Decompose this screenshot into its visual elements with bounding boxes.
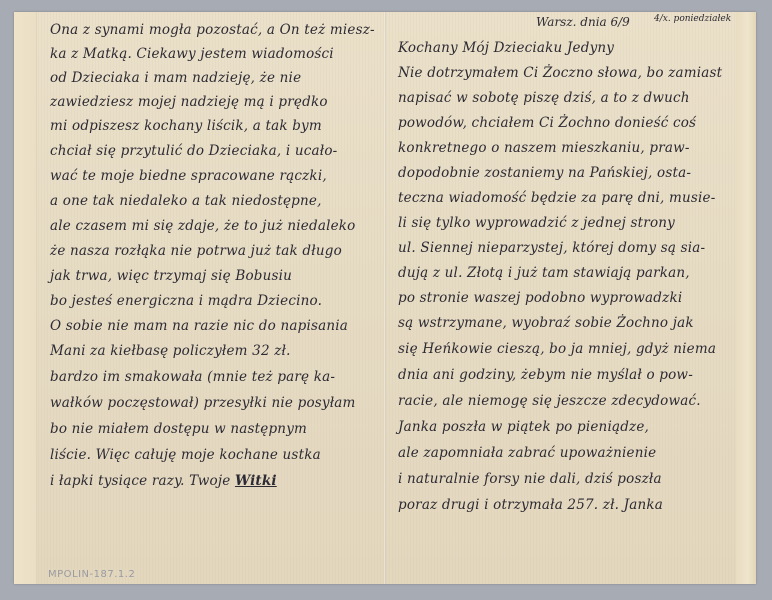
left-line-4: zawiedziesz mojej nadzieję mą i prędko [50, 94, 328, 110]
right-line-16: Janka poszła w piątek po pieniądze, [398, 419, 649, 435]
right-line-3: napisać w sobotę piszę dziś, a to z dwuc… [398, 90, 690, 106]
left-line-14: Mani za kiełbasę policzyłem 32 zł. [50, 343, 291, 359]
right-line-10: dują z ul. Złotą i już tam stawiają park… [398, 265, 690, 281]
catalog-number-stamp: MPOLIN-187.1.2 [48, 569, 135, 580]
right-line-18: i naturalnie forsy nie dali, dziś poszła [398, 471, 662, 487]
left-line-5: mi odpiszesz kochany liścik, a tak bym [50, 118, 322, 134]
right-line-7: teczna wiadomość będzie za parę dni, mus… [398, 190, 716, 206]
right-line-15: racie, ale niemogę się jeszcze zdecydowa… [398, 393, 701, 409]
left-line-18: liście. Więc całuję moje kochane ustka [50, 447, 321, 463]
paper-left-margin-strip [14, 12, 37, 584]
right-line-19: poraz drugi i otrzymała 257. zł. Janka [398, 497, 663, 513]
center-fold-line [384, 12, 386, 584]
closing-text: i łapki tysiące razy. Twoje [50, 473, 230, 489]
left-line-2: ka z Matką. Ciekawy jestem wiadomości [50, 46, 334, 62]
left-line-3: od Dzieciaka i mam nadzieję, że nie [50, 70, 301, 86]
left-line-19: i łapki tysiące razy. Twoje Witki [50, 473, 277, 489]
right-line-1: Kochany Mój Dzieciaku Jedyny [398, 40, 614, 56]
left-line-16: wałków poczęstował) przesyłki nie posyła… [50, 395, 356, 411]
right-line-4: powodów, chciałem Ci Żochno donieść coś [398, 115, 696, 131]
left-line-10: że nasza rozłąka nie potrwa już tak dług… [50, 243, 342, 259]
right-line-8: li się tylko wyprowadzić z jednej strony [398, 215, 675, 231]
left-line-9: ale czasem mi się zdaje, że to już nieda… [50, 218, 356, 234]
date-note: 4/x. poniedziałek [654, 14, 731, 24]
right-line-5: konkretnego o naszem mieszkaniu, praw- [398, 140, 690, 156]
right-line-12: są wstrzymane, wyobraź sobie Żochno jak [398, 315, 694, 331]
right-line-9: ul. Siennej nieparzystej, której domy są… [398, 240, 705, 256]
right-line-11: po stronie waszej podobno wyprowadzki [398, 290, 682, 306]
right-line-6: dopodobnie zostaniemy na Pańskiej, osta- [398, 165, 691, 181]
right-line-14: dnia ani godziny, żebym nie myślał o pow… [398, 367, 693, 383]
left-line-6: chciał się przytulić do Dzieciaka, i uca… [50, 143, 337, 159]
left-line-13: O sobie nie mam na razie nic do napisani… [50, 318, 348, 334]
left-line-15: bardzo im smakowała (mnie też parę ka- [50, 369, 335, 385]
left-line-11: jak trwa, więc trzymaj się Bobusiu [50, 268, 292, 284]
left-line-8: a one tak niedaleko a tak niedostępne, [50, 193, 322, 209]
left-line-1: Ona z synami mogła pozostać, a On też mi… [50, 22, 375, 38]
scanned-document: Ona z synami mogła pozostać, a On też mi… [0, 0, 772, 600]
signature: Witki [235, 473, 277, 489]
paper-right-margin-strip [736, 12, 756, 584]
date-place: Warsz. dnia 6/9 [536, 15, 630, 29]
right-line-13: się Heńkowie cieszą, bo ja mniej, gdyż n… [398, 341, 716, 357]
letter-paper: Ona z synami mogła pozostać, a On też mi… [14, 12, 756, 584]
left-line-17: bo nie miałem dostępu w następnym [50, 421, 307, 437]
left-line-12: bo jesteś energiczna i mądra Dziecino. [50, 293, 322, 309]
left-line-7: wać te moje biedne spracowane rączki, [50, 168, 327, 184]
right-line-17: ale zapomniała zabrać upoważnienie [398, 445, 656, 461]
right-line-2: Nie dotrzymałem Ci Żoczno słowa, bo zami… [398, 65, 722, 81]
